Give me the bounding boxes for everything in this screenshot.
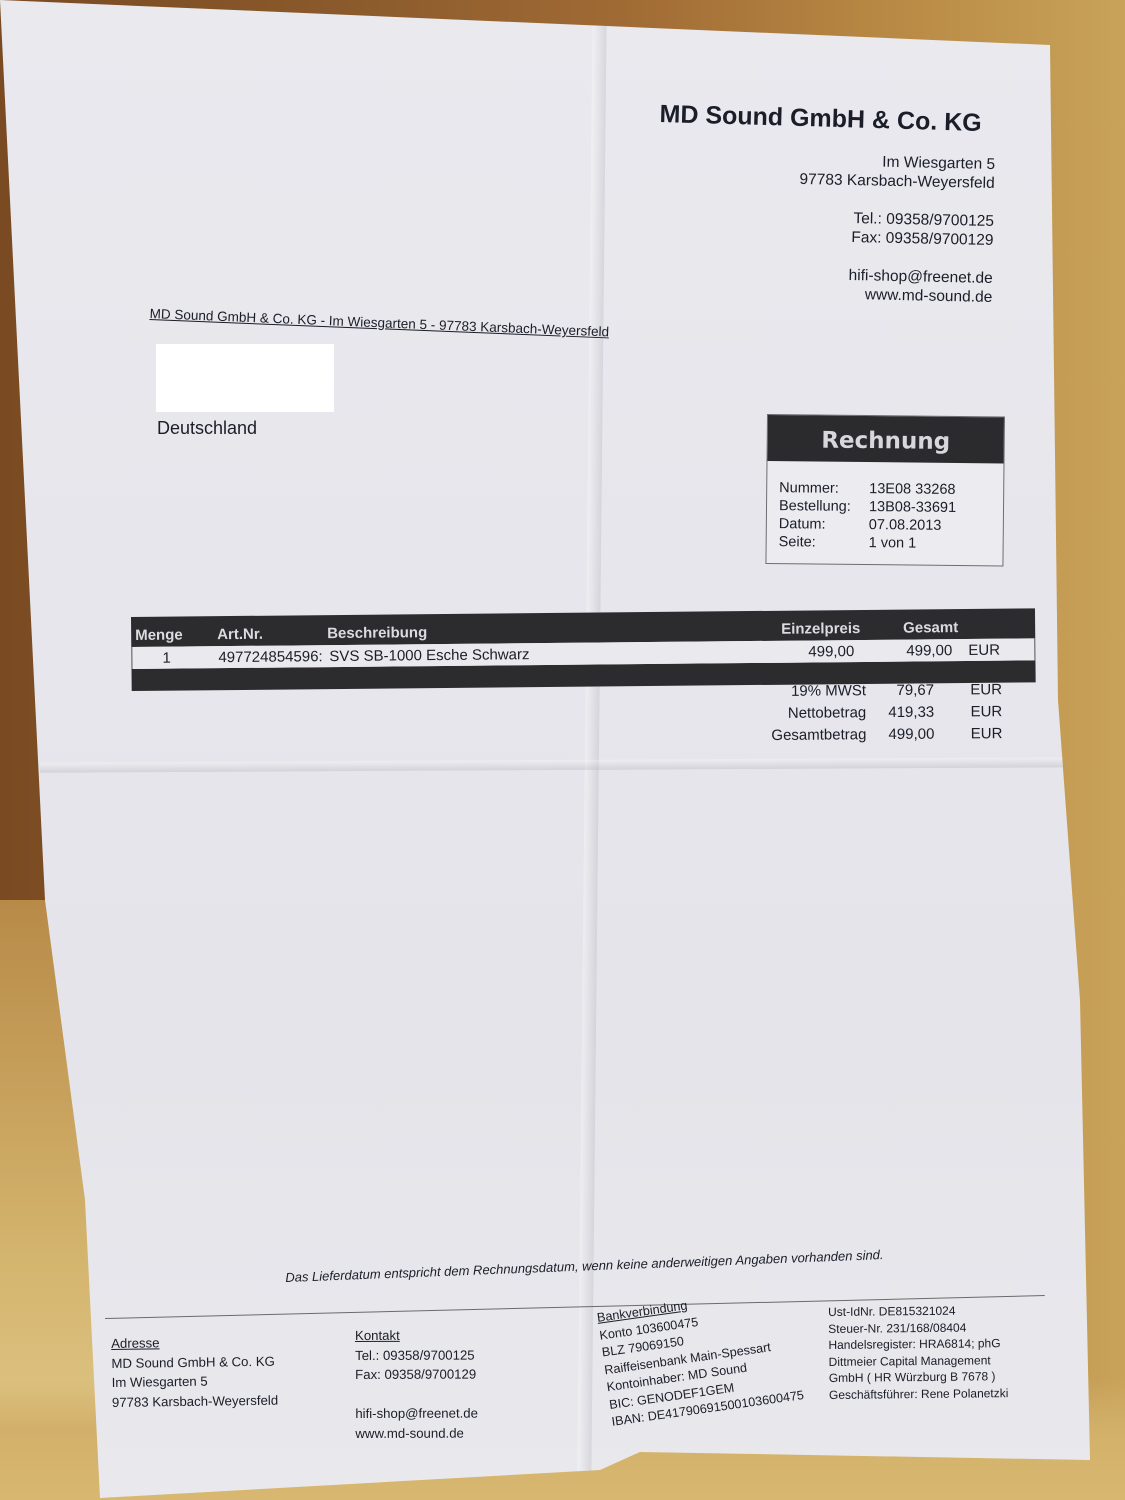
header-art-nr: Art.Nr. [217, 626, 263, 643]
footer-bank: Bankverbindung Konto 103600475 BLZ 79069… [596, 1283, 805, 1431]
row-description: SVS SB-1000 Esche Schwarz [329, 646, 529, 665]
invoice-info-box: Rechnung Nummer: 13E08 33268 Bestellung:… [765, 414, 1005, 566]
invoice-paper: MD Sound GmbH & Co. KG Im Wiesgarten 5 9… [0, 0, 1125, 1500]
invoice-field-date: Datum: 07.08.2013 [779, 515, 956, 535]
footer-contact-heading: Kontakt [355, 1326, 478, 1346]
invoice-title: Rechnung [768, 415, 1004, 463]
footer-address: Adresse MD Sound GmbH & Co. KG Im Wiesga… [111, 1332, 278, 1412]
header-total: Gesamt [903, 619, 958, 637]
invoice-fields: Nummer: 13E08 33268 Bestellung: 13B08-33… [779, 479, 957, 553]
header-qty: Menge [135, 627, 183, 644]
footer-contact: Kontakt Tel.: 09358/9700125 Fax: 09358/9… [355, 1326, 478, 1443]
totals-block: 19% MWSt 79,67 EUR Nettobetrag 419,33 EU… [640, 681, 1011, 750]
letterhead-contact: Im Wiesgarten 5 97783 Karsbach-Weyersfel… [797, 151, 995, 307]
header-unit-price: Einzelpreis [781, 620, 860, 638]
row-total: 499,00 [906, 642, 952, 659]
company-name: MD Sound GmbH & Co. KG [659, 100, 982, 138]
footer-address-heading: Adresse [111, 1332, 277, 1354]
recipient-redaction-block [156, 344, 334, 412]
letterhead-city: 97783 Karsbach-Weyersfeld [799, 170, 995, 193]
row-currency: EUR [968, 642, 1000, 659]
invoice-field-order: Bestellung: 13B08-33691 [779, 497, 956, 517]
totals-row-gross: Gesamtbetrag 499,00 EUR [640, 725, 1010, 750]
totals-row-net: Nettobetrag 419,33 EUR [640, 703, 1010, 728]
recipient-country: Deutschland [157, 418, 257, 439]
sender-return-line: MD Sound GmbH & Co. KG - Im Wiesgarten 5… [149, 306, 609, 339]
row-unit-price: 499,00 [808, 643, 854, 660]
letterhead-web: www.md-sound.de [797, 284, 993, 307]
header-description: Beschreibung [327, 624, 427, 642]
invoice-field-page: Seite: 1 von 1 [779, 533, 956, 553]
items-table: Menge Art.Nr. Beschreibung Einzelpreis G… [131, 608, 1036, 691]
totals-row-vat: 19% MWSt 79,67 EUR [640, 681, 1010, 706]
invoice-field-number: Nummer: 13E08 33268 [779, 479, 956, 499]
paper-fold-horizontal [40, 757, 1080, 772]
footer-legal: Ust-IdNr. DE815321024 Steuer-Nr. 231/168… [828, 1302, 1008, 1403]
row-qty: 1 [162, 650, 171, 667]
row-art-nr: 497724854596: [218, 648, 322, 666]
